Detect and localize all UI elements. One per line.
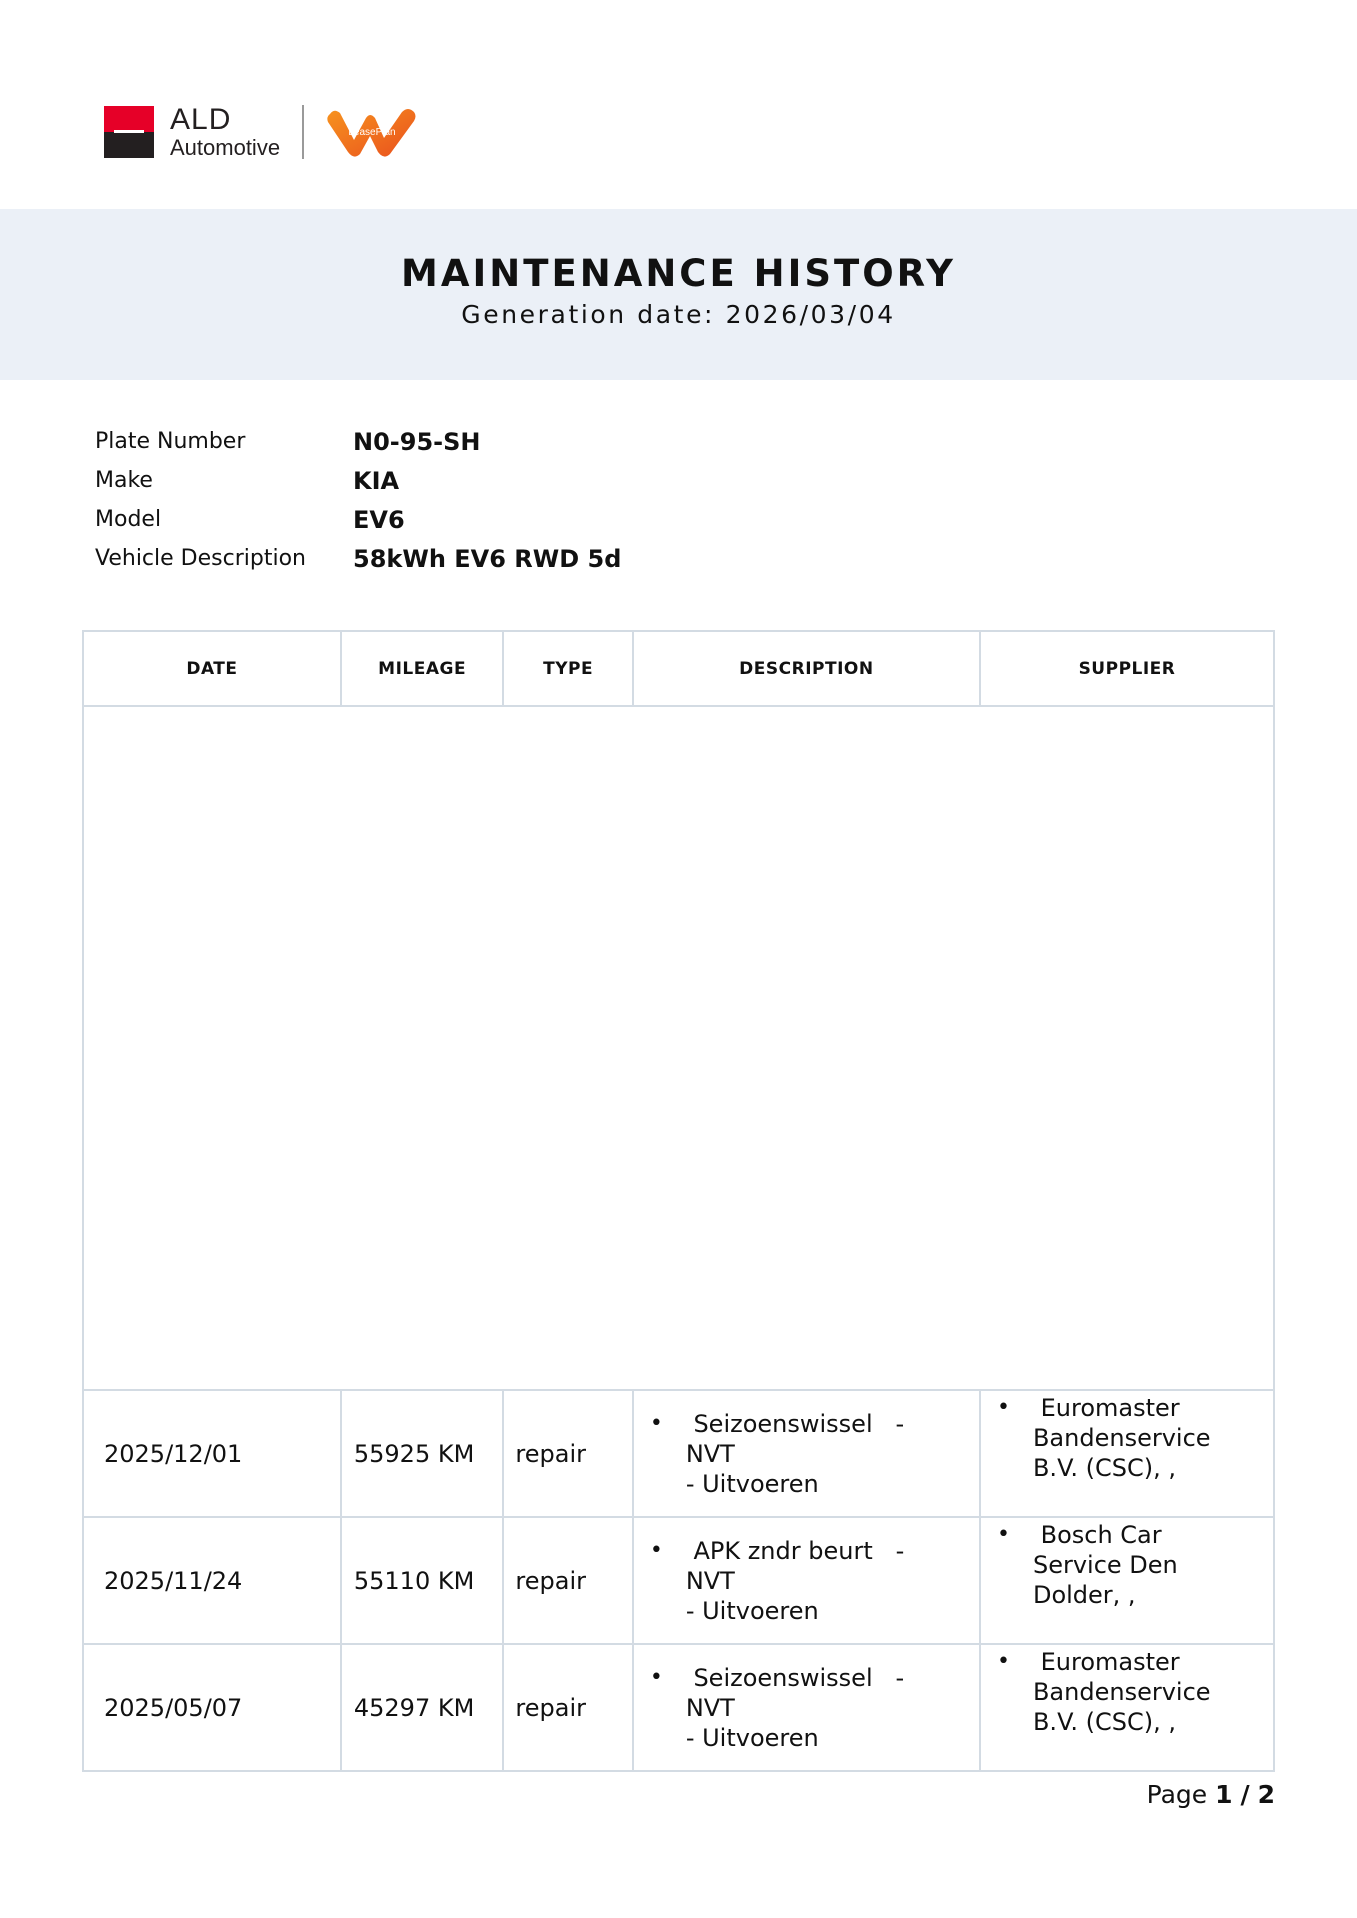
column-header-mileage: MILEAGE xyxy=(341,631,504,706)
cell-mileage: 45297 KM xyxy=(341,1644,504,1771)
vehicle-info: Plate Number N0-95-SH Make KIA Model EV6… xyxy=(95,422,621,578)
vehicle-description-label: Vehicle Description xyxy=(95,546,353,571)
supplier-line: B.V. (CSC), , xyxy=(1033,1707,1273,1737)
table-blank-row xyxy=(83,706,1274,1390)
supplier-line: Dolder, , xyxy=(1033,1580,1273,1610)
description-line: APK zndr beurt - xyxy=(686,1536,979,1566)
bullet-icon: • xyxy=(650,1663,663,1693)
company-logo: ALD Automotive LeasePlan xyxy=(104,104,420,160)
supplier-line: Bosch Car xyxy=(1033,1520,1273,1550)
cell-date: 2025/12/01 xyxy=(83,1390,341,1517)
page-current: 1 xyxy=(1215,1780,1232,1809)
cell-type: repair xyxy=(503,1517,632,1644)
model-label: Model xyxy=(95,507,353,532)
cell-description: • APK zndr beurt - NVT - Uitvoeren xyxy=(633,1517,980,1644)
cell-date: 2025/11/24 xyxy=(83,1517,341,1644)
description-line: NVT xyxy=(686,1566,979,1596)
table-header-row: DATE MILEAGE TYPE DESCRIPTION SUPPLIER xyxy=(83,631,1274,706)
cell-supplier: • Euromaster Bandenservice B.V. (CSC), , xyxy=(980,1644,1274,1771)
description-line: NVT xyxy=(686,1693,979,1723)
table-row: 2025/12/01 55925 KM repair • Seizoenswis… xyxy=(83,1390,1274,1517)
description-line: Seizoenswissel - xyxy=(686,1663,979,1693)
description-line: NVT xyxy=(686,1439,979,1469)
info-row-make: Make KIA xyxy=(95,461,621,500)
info-row-plate: Plate Number N0-95-SH xyxy=(95,422,621,461)
bullet-icon: • xyxy=(650,1536,663,1566)
supplier-line: Bandenservice xyxy=(1033,1677,1273,1707)
plate-number-value: N0-95-SH xyxy=(353,428,480,456)
supplier-line: Service Den xyxy=(1033,1550,1273,1580)
bullet-icon: • xyxy=(650,1409,663,1439)
blank-cell xyxy=(83,706,1274,1390)
vehicle-description-value: 58kWh EV6 RWD 5d xyxy=(353,545,621,573)
maintenance-table: DATE MILEAGE TYPE DESCRIPTION SUPPLIER 2… xyxy=(82,630,1275,1772)
description-line: - Uitvoeren xyxy=(686,1723,979,1753)
ald-logo-mark-icon xyxy=(104,106,154,158)
column-header-supplier: SUPPLIER xyxy=(980,631,1274,706)
page-total: 2 xyxy=(1258,1780,1275,1809)
cell-description: • Seizoenswissel - NVT - Uitvoeren xyxy=(633,1390,980,1517)
description-line: Seizoenswissel - xyxy=(686,1409,979,1439)
ald-logo-line1: ALD xyxy=(170,105,280,135)
logo-divider xyxy=(302,105,304,159)
column-header-description: DESCRIPTION xyxy=(633,631,980,706)
cell-mileage: 55110 KM xyxy=(341,1517,504,1644)
info-row-description: Vehicle Description 58kWh EV6 RWD 5d xyxy=(95,539,621,578)
ald-logo-text: ALD Automotive xyxy=(170,105,280,159)
cell-supplier: • Euromaster Bandenservice B.V. (CSC), , xyxy=(980,1390,1274,1517)
cell-supplier: • Bosch Car Service Den Dolder, , xyxy=(980,1517,1274,1644)
svg-text:LeasePlan: LeasePlan xyxy=(348,127,395,138)
supplier-line: Euromaster xyxy=(1033,1647,1273,1677)
cell-mileage: 55925 KM xyxy=(341,1390,504,1517)
cell-type: repair xyxy=(503,1644,632,1771)
cell-type: repair xyxy=(503,1390,632,1517)
page-indicator: Page 1 / 2 xyxy=(1147,1780,1275,1809)
cell-description: • Seizoenswissel - NVT - Uitvoeren xyxy=(633,1644,980,1771)
bullet-icon: • xyxy=(997,1393,1010,1423)
make-value: KIA xyxy=(353,467,399,495)
supplier-line: Euromaster xyxy=(1033,1393,1273,1423)
page-label: Page xyxy=(1147,1780,1208,1809)
info-row-model: Model EV6 xyxy=(95,500,621,539)
page-title: MAINTENANCE HISTORY xyxy=(0,252,1357,295)
supplier-line: Bandenservice xyxy=(1033,1423,1273,1453)
description-line: - Uitvoeren xyxy=(686,1469,979,1499)
generation-date: Generation date: 2026/03/04 xyxy=(0,300,1357,329)
leaseplan-logo-icon: LeasePlan xyxy=(324,104,420,160)
model-value: EV6 xyxy=(353,506,405,534)
table-row: 2025/05/07 45297 KM repair • Seizoenswis… xyxy=(83,1644,1274,1771)
bullet-icon: • xyxy=(997,1520,1010,1550)
column-header-type: TYPE xyxy=(503,631,632,706)
ald-logo-line2: Automotive xyxy=(170,137,280,159)
column-header-date: DATE xyxy=(83,631,341,706)
description-line: - Uitvoeren xyxy=(686,1596,979,1626)
make-label: Make xyxy=(95,468,353,493)
table-row: 2025/11/24 55110 KM repair • APK zndr be… xyxy=(83,1517,1274,1644)
page-separator: / xyxy=(1241,1780,1250,1809)
supplier-line: B.V. (CSC), , xyxy=(1033,1453,1273,1483)
bullet-icon: • xyxy=(997,1647,1010,1677)
cell-date: 2025/05/07 xyxy=(83,1644,341,1771)
plate-number-label: Plate Number xyxy=(95,429,353,454)
